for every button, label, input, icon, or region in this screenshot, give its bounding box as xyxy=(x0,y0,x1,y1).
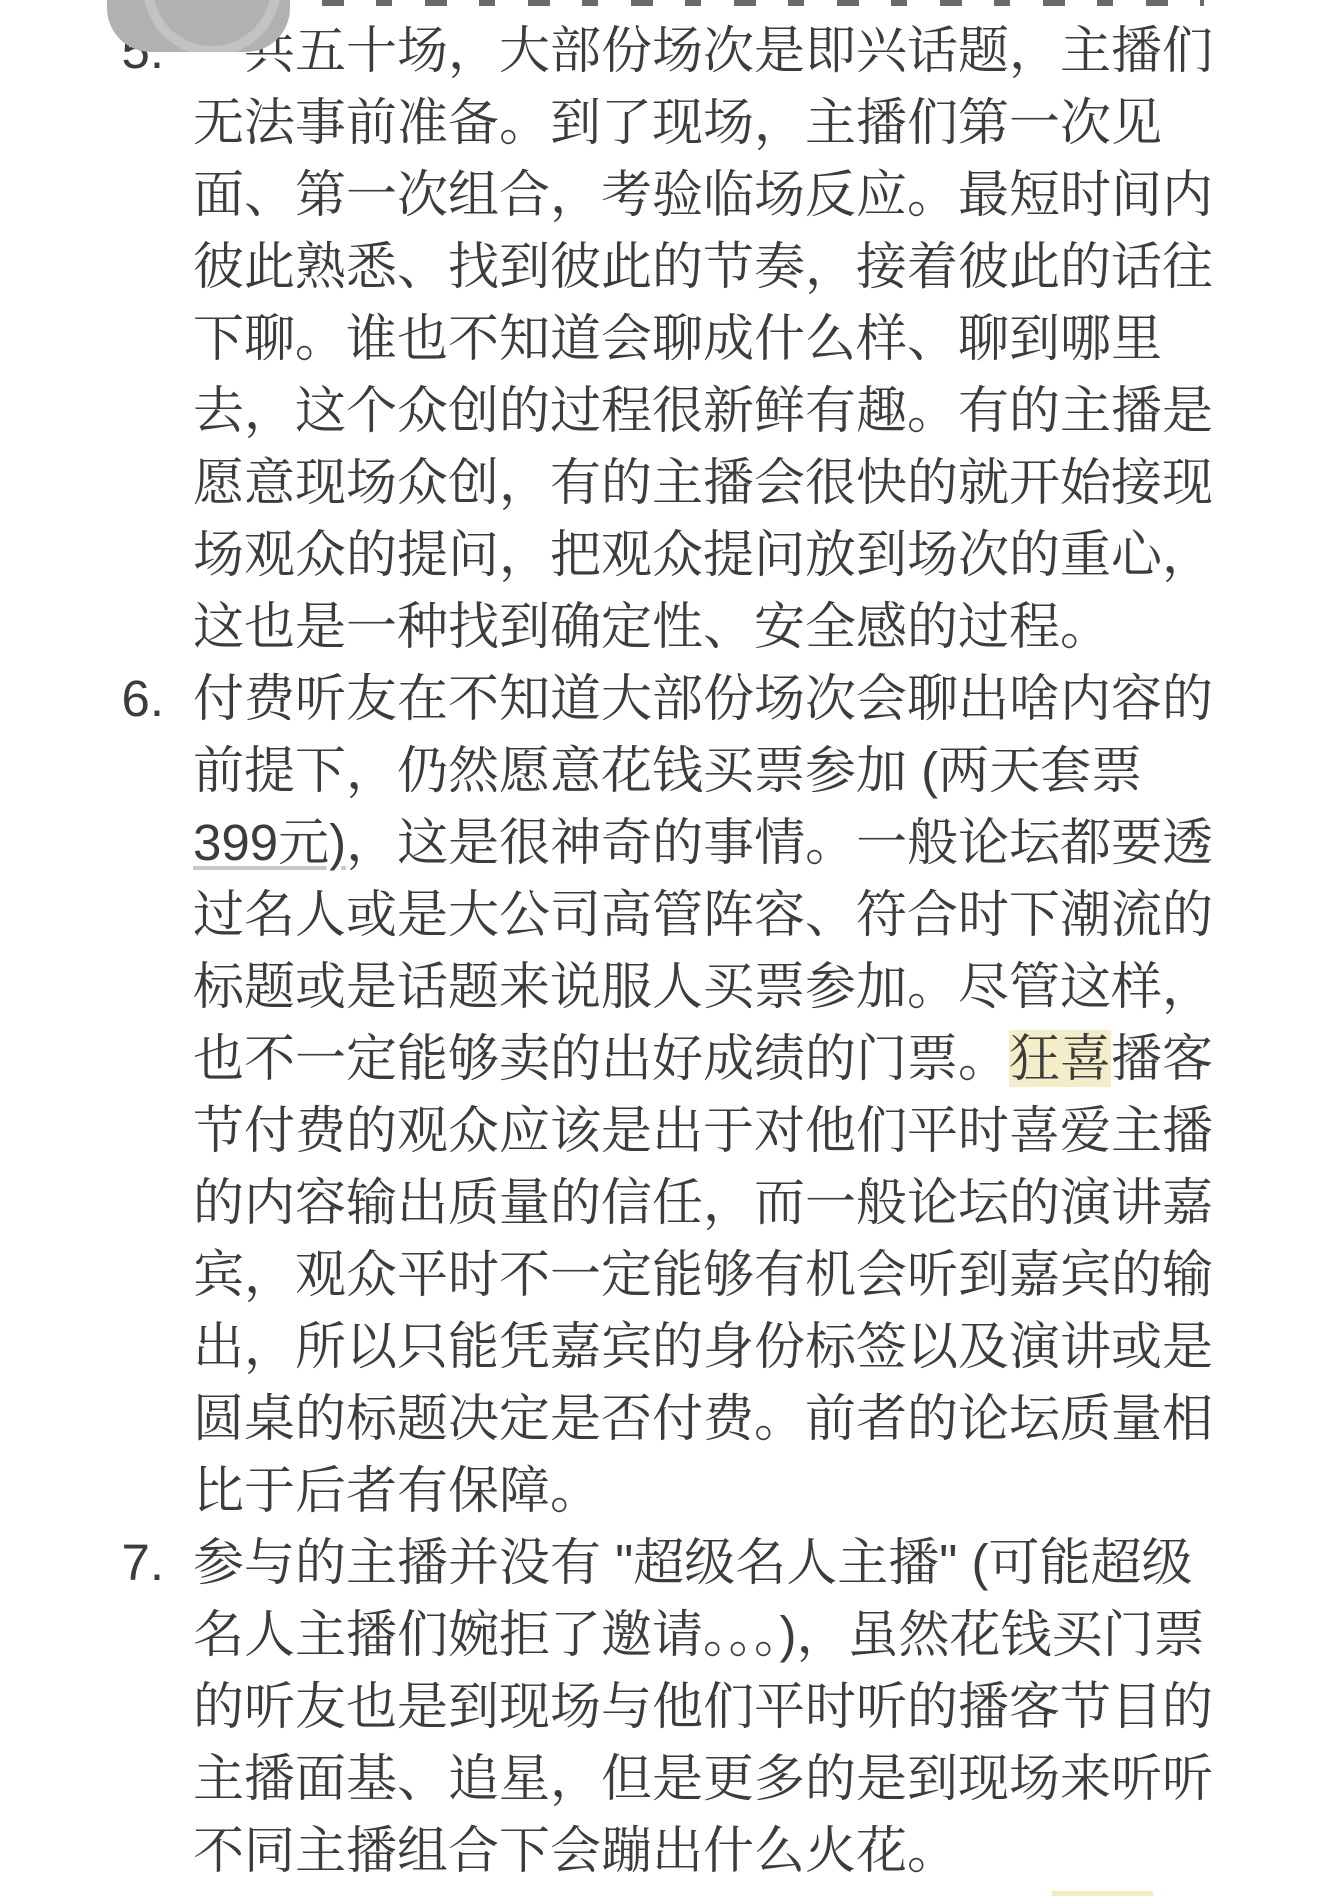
text-line: 付费听友在不知道大部份场次会聊出啥内容的 xyxy=(193,663,1213,735)
text-line: 标题或是话题来说服人买票参加。尽管这样， xyxy=(193,951,1213,1023)
clipped-previous-line-remnant xyxy=(322,0,1204,6)
list-number: 7. xyxy=(0,1527,164,1599)
text-segment: 标题或是话题来说服人买票参加。尽管这样， xyxy=(193,958,1213,1015)
text-line: 一共五十场，大部份场次是即兴话题，主播们 xyxy=(193,15,1213,87)
text-segment: 过名人或是大公司高管阵容、符合时下潮流的 xyxy=(193,886,1213,943)
text-segment: 彼此熟悉、找到彼此的节奏，接着彼此的话往 xyxy=(193,238,1213,295)
list-item: 5.一共五十场，大部份场次是即兴话题，主播们无法事前准备。到了现场，主播们第一次… xyxy=(0,15,1320,663)
cutoff-gray-icon xyxy=(107,0,290,52)
text-line: 去，这个众创的过程很新鲜有趣。有的主播是 xyxy=(193,375,1213,447)
text-segment: 无法事前准备。到了现场，主播们第一次见 xyxy=(193,94,1162,151)
list-item: 6.付费听友在不知道大部份场次会聊出啥内容的前提下，仍然愿意花钱买票参加 (两天… xyxy=(0,663,1320,1527)
text-segment: 出，所以只能凭嘉宾的身份标签以及演讲或是 xyxy=(193,1318,1213,1375)
text-segment: 去，这个众创的过程很新鲜有趣。有的主播是 xyxy=(193,382,1213,439)
text-line: 下聊。谁也不知道会聊成什么样、聊到哪里 xyxy=(193,303,1213,375)
text-line: 名人主播们婉拒了邀请。。。)，虽然花钱买门票 xyxy=(193,1599,1213,1671)
text-line: 节付费的观众应该是出于对他们平时喜爱主播 xyxy=(193,1095,1213,1167)
text-segment: 面、第一次组合，考验临场反应。最短时间内 xyxy=(193,166,1213,223)
highlighted-text: 狂喜 xyxy=(1009,1030,1111,1087)
circle-motif-icon xyxy=(143,0,281,52)
list-item-text: 付费听友在不知道大部份场次会聊出啥内容的前提下，仍然愿意花钱买票参加 (两天套票… xyxy=(193,663,1213,1527)
text-segment: 节付费的观众应该是出于对他们平时喜爱主播 xyxy=(193,1102,1213,1159)
text-segment: 这也是一种找到确定性、安全感的过程。 xyxy=(193,598,1111,655)
numbered-list: 5.一共五十场，大部份场次是即兴话题，主播们无法事前准备。到了现场，主播们第一次… xyxy=(0,0,1320,1887)
text-line: 也不一定能够卖的出好成绩的门票。狂喜播客 xyxy=(193,1023,1213,1095)
text-segment: 的听友也是到现场与他们平时听的播客节目的 xyxy=(193,1678,1213,1735)
text-line: 主播面基、追星，但是更多的是到现场来听听 xyxy=(193,1743,1213,1815)
text-segment: 前提下，仍然愿意花钱买票参加 (两天套票 xyxy=(193,742,1142,799)
text-line: 前提下，仍然愿意花钱买票参加 (两天套票 xyxy=(193,735,1213,807)
text-line: 宾，观众平时不一定能够有机会听到嘉宾的输 xyxy=(193,1239,1213,1311)
text-line: 过名人或是大公司高管阵容、符合时下潮流的 xyxy=(193,879,1213,951)
text-segment: 的内容输出质量的信任，而一般论坛的演讲嘉 xyxy=(193,1174,1213,1231)
text-line: 比于后者有保障。 xyxy=(193,1455,1213,1527)
text-line: 的听友也是到现场与他们平时听的播客节目的 xyxy=(193,1671,1213,1743)
text-line: 399元)，这是很神奇的事情。一般论坛都要透 xyxy=(193,807,1213,879)
text-segment: 宾，观众平时不一定能够有机会听到嘉宾的输 xyxy=(193,1246,1213,1303)
document-page: 5.一共五十场，大部份场次是即兴话题，主播们无法事前准备。到了现场，主播们第一次… xyxy=(0,0,1320,1896)
text-segment: ，这是很神奇的事情。一般论坛都要透 xyxy=(346,814,1213,871)
text-line: 场观众的提问，把观众提问放到场次的重心， xyxy=(193,519,1213,591)
text-segment: 一共五十场，大部份场次是即兴话题，主播们 xyxy=(193,22,1213,79)
text-segment: 付费听友在不知道大部份场次会聊出啥内容的 xyxy=(193,670,1213,727)
list-item-text: 一共五十场，大部份场次是即兴话题，主播们无法事前准备。到了现场，主播们第一次见面… xyxy=(193,15,1213,663)
text-segment: 愿意现场众创，有的主播会很快的就开始接现 xyxy=(193,454,1213,511)
next-line-highlight-remnant xyxy=(1052,1891,1153,1896)
list-item: 7.参与的主播并没有 "超级名人主播" (可能超级名人主播们婉拒了邀请。。。)，… xyxy=(0,1527,1320,1887)
list-item-text: 参与的主播并没有 "超级名人主播" (可能超级名人主播们婉拒了邀请。。。)，虽然… xyxy=(193,1527,1213,1887)
text-segment: 场观众的提问，把观众提问放到场次的重心， xyxy=(193,526,1213,583)
text-segment: 参与的主播并没有 "超级名人主播" (可能超级 xyxy=(193,1534,1193,1591)
text-line: 圆桌的标题决定是否付费。前者的论坛质量相 xyxy=(193,1383,1213,1455)
text-line: 不同主播组合下会蹦出什么火花。 xyxy=(193,1815,1213,1887)
text-line: 无法事前准备。到了现场，主播们第一次见 xyxy=(193,87,1213,159)
text-segment: 主播面基、追星，但是更多的是到现场来听听 xyxy=(193,1750,1213,1807)
text-line: 彼此熟悉、找到彼此的节奏，接着彼此的话往 xyxy=(193,231,1213,303)
text-line: 愿意现场众创，有的主播会很快的就开始接现 xyxy=(193,447,1213,519)
text-line: 参与的主播并没有 "超级名人主播" (可能超级 xyxy=(193,1527,1213,1599)
text-segment: 名人主播们婉拒了邀请。。。)，虽然花钱买门票 xyxy=(193,1606,1205,1663)
text-segment: 播客 xyxy=(1111,1030,1213,1087)
text-segment: 下聊。谁也不知道会聊成什么样、聊到哪里 xyxy=(193,310,1162,367)
text-line: 的内容输出质量的信任，而一般论坛的演讲嘉 xyxy=(193,1167,1213,1239)
underlined-link-text[interactable]: 399元) xyxy=(193,814,346,871)
text-line: 这也是一种找到确定性、安全感的过程。 xyxy=(193,591,1213,663)
text-segment: 比于后者有保障。 xyxy=(193,1462,601,1519)
text-segment: 圆桌的标题决定是否付费。前者的论坛质量相 xyxy=(193,1390,1213,1447)
text-line: 面、第一次组合，考验临场反应。最短时间内 xyxy=(193,159,1213,231)
text-segment: 也不一定能够卖的出好成绩的门票。 xyxy=(193,1030,1009,1087)
text-line: 出，所以只能凭嘉宾的身份标签以及演讲或是 xyxy=(193,1311,1213,1383)
list-number: 6. xyxy=(0,663,164,735)
text-segment: 不同主播组合下会蹦出什么火花。 xyxy=(193,1822,958,1879)
